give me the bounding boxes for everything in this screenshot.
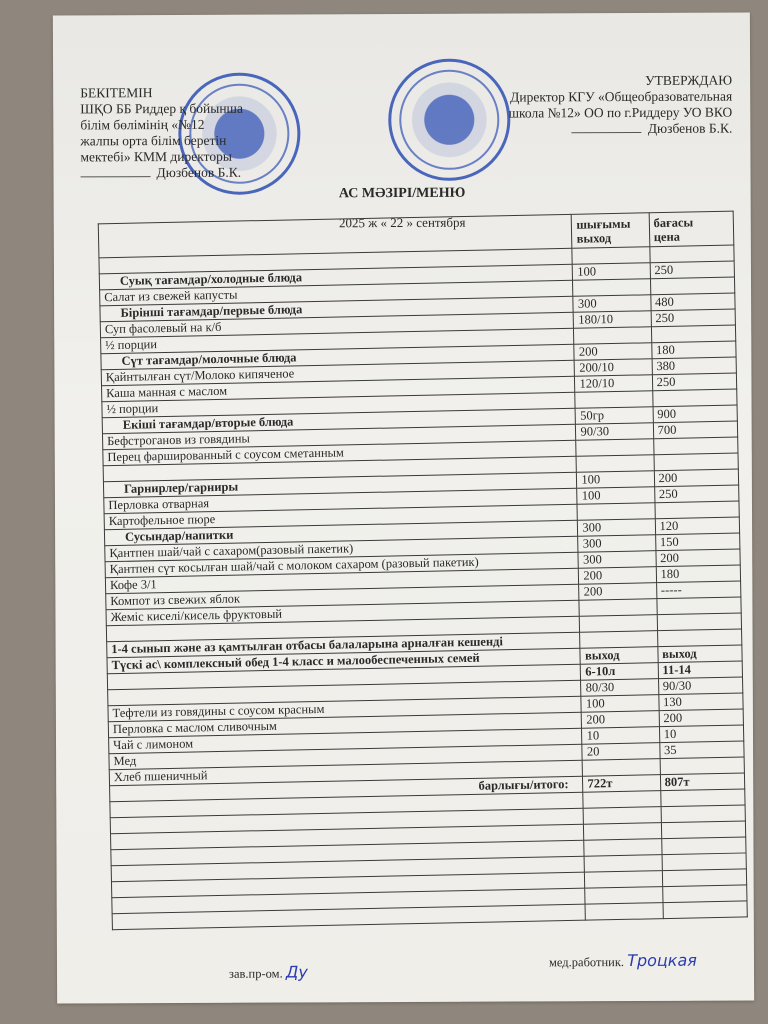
approval-heading-right: УТВЕРЖДАЮ (508, 73, 732, 90)
dish-price: 250 (654, 485, 739, 503)
dish-output: 100 (577, 487, 654, 505)
approval-line: жалпы орта білім беретін (80, 133, 243, 150)
total-11-14: 807т (660, 773, 745, 791)
dish-price (649, 245, 734, 263)
signatory-left: Дюзбенов Б.К. (157, 165, 242, 180)
dish-price (657, 613, 742, 631)
dish-output: 200 (579, 583, 656, 601)
dish-output: 300 (578, 551, 655, 569)
dish-price (655, 501, 740, 519)
dish-output (575, 391, 652, 409)
dish-price (653, 437, 738, 455)
approval-line: мектебі» КММ директоры (80, 149, 243, 166)
dish-price (657, 597, 742, 615)
dish-output (576, 439, 653, 457)
page-title: АС МӘЗІРІ/МЕНЮ (54, 184, 751, 203)
dish-output: 90/30 (576, 423, 653, 441)
dish-output (574, 327, 651, 345)
dish-price: 180 (656, 565, 741, 583)
dish-output: 180/10 (574, 311, 651, 329)
dish-output: 200 (574, 343, 651, 361)
dish-price: 700 (653, 421, 738, 439)
dish-output (579, 599, 656, 617)
menu-table: шығымывыход бағасыцена Суық тағамдар/хол… (98, 211, 748, 931)
approval-heading-left: БЕКІТЕМІН (80, 85, 243, 102)
signature-line (572, 132, 642, 133)
dish-price: 250 (650, 261, 735, 279)
approval-line: школа №12» ОО по г.Риддеру УО ВКО (509, 105, 733, 122)
approval-line: білім бөлімінің «№12 (80, 117, 243, 134)
dish-output: 120/10 (575, 375, 652, 393)
approval-line: ШҚО ББ Риддер қ бойынша (80, 101, 243, 118)
dish-output (573, 279, 650, 297)
dish-output (577, 503, 654, 521)
approval-block-left: БЕКІТЕМІН ШҚО ББ Риддер қ бойынша білім … (80, 85, 243, 182)
dish-output: 50гр (576, 407, 653, 425)
dish-price (650, 277, 735, 295)
dish-output: 200 (579, 567, 656, 585)
dish-output (572, 247, 649, 265)
dish-output: 200/10 (575, 359, 652, 377)
dish-price: 250 (652, 373, 737, 391)
dish-price (654, 453, 739, 471)
official-stamp-right (388, 59, 511, 182)
signature-medical-worker: Троцкая (627, 951, 697, 970)
dish-output: 100 (577, 471, 654, 489)
dish-price (652, 389, 737, 407)
dish-price: 120 (655, 517, 740, 535)
total-6-10: 722т (583, 775, 660, 793)
approval-line: Директор КГУ «Общеобразовательная (509, 89, 733, 106)
dish-price: ----- (656, 581, 741, 599)
dish-price: 200 (654, 469, 739, 487)
dish-output (580, 615, 657, 633)
dish-output: 300 (578, 519, 655, 537)
dish-price: 200 (656, 549, 741, 567)
dish-output: 300 (573, 295, 650, 313)
dish-price: 900 (653, 405, 738, 423)
dish-price: 380 (652, 357, 737, 375)
document-page: БЕКІТЕМІН ШҚО ББ Риддер қ бойынша білім … (53, 12, 754, 1003)
dish-price: 250 (651, 309, 736, 327)
signature-production-head: Ду (286, 962, 308, 981)
footer-production-head: зав.пр-ом. Ду (229, 962, 308, 981)
dish-price: 480 (650, 293, 735, 311)
dish-price: 180 (651, 341, 736, 359)
dish-output (577, 455, 654, 473)
approval-block-right: УТВЕРЖДАЮ Директор КГУ «Общеобразователь… (508, 73, 732, 138)
signature-line (81, 176, 151, 177)
dish-price (651, 325, 736, 343)
signatory-right: Дюзбенов Б.К. (648, 121, 733, 136)
footer-medical-worker: мед.работник. Троцкая (549, 951, 697, 971)
column-header-price: бағасыцена (649, 211, 734, 247)
column-header-output: шығымывыход (572, 213, 650, 249)
dish-output: 100 (573, 263, 650, 281)
dish-output: 300 (578, 535, 655, 553)
dish-price: 150 (655, 533, 740, 551)
